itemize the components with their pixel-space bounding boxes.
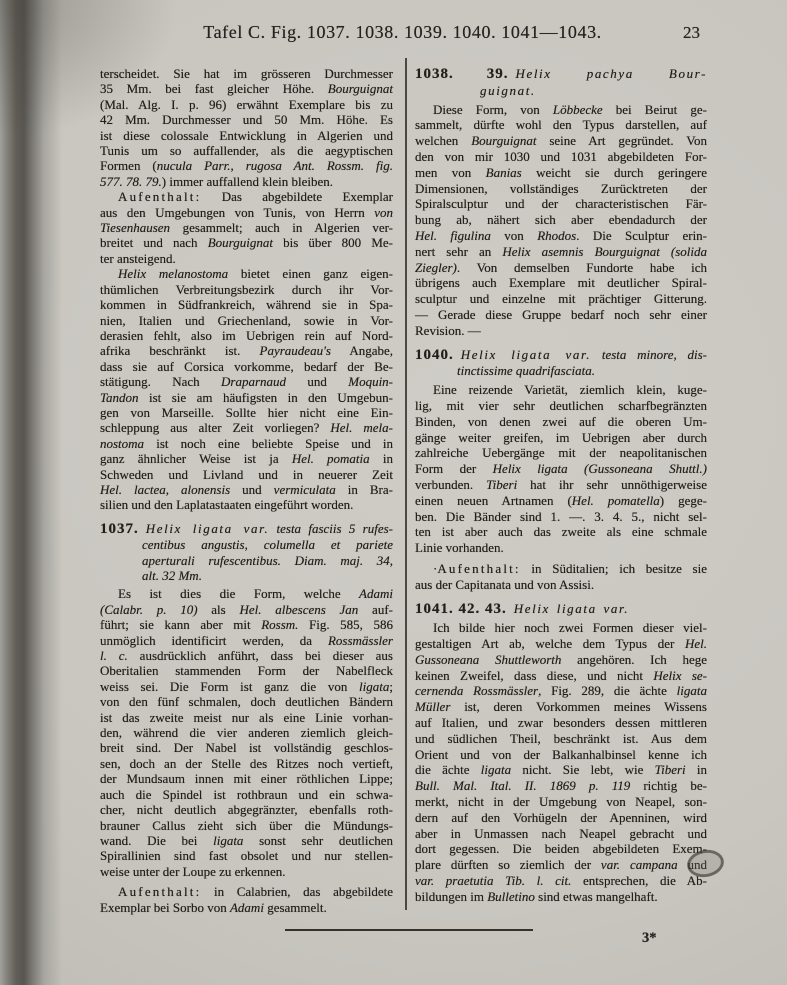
spaced-text: Aufenthalt:	[118, 884, 201, 899]
species-heading: 1040.Helix ligata var. testa minore, dis…	[415, 347, 707, 380]
text-line: Aufenthalt: in Calabrien, das abgebildet…	[100, 884, 393, 899]
column-left: terscheidet. Sie hat im grösseren Durchm…	[100, 66, 393, 915]
text-line: var. praetutia Tib. l. cit. entsprechen,…	[415, 873, 707, 889]
text-line: ist das zweite meist nur als eine Linie …	[100, 710, 393, 725]
italic-text: Helix asemnis Bourguignat (solida	[502, 244, 707, 259]
text-line: auch die Spindel ist rothbraun und ein s…	[100, 787, 393, 802]
text-line: Binden, von denen zwei auf die oberen Um…	[415, 414, 707, 430]
species-heading: 1037.Helix ligata var. testa fasciis 5 r…	[100, 521, 393, 584]
text-line: führt; sie kann aber mit Rossm. Fig. 585…	[100, 617, 393, 632]
text-line: Diese Form, von Löbbecke bei Beirut ge-	[415, 102, 707, 118]
text-line: 1040.Helix ligata var. testa minore, dis…	[415, 347, 707, 364]
italic-text: nostoma	[100, 436, 144, 451]
binding-shadow	[0, 0, 62, 985]
spaced-text: guignat.	[480, 83, 536, 98]
italic-text: Tiberi	[486, 477, 517, 492]
text-line: schleppung aus alter Zeit vorliegen? Hel…	[100, 420, 393, 435]
species-heading: 1041. 42. 43.Helix ligata var.	[415, 601, 707, 618]
italic-text: Bourguignat	[208, 235, 273, 250]
text-line: keinen Zweifel, dass diese, und nicht He…	[415, 668, 707, 684]
italic-text: von	[374, 205, 393, 220]
text-line: men von Banias weicht sie durch geringer…	[415, 165, 707, 181]
text-line: cernenda Rossmässler, Fig. 289, die ächt…	[415, 683, 707, 699]
text-line: Eine reizende Varietät, ziemlich klein, …	[415, 382, 707, 398]
text-line: (Mal. Alg. I. p. 96) erwähnt Exemplare b…	[100, 97, 393, 112]
italic-text: cernenda Rossmässler	[415, 683, 538, 698]
text-line: breitet und nach Bourguignat bis über 80…	[100, 235, 393, 250]
text-line: den, während die vier anderen ziemlich g…	[100, 725, 393, 740]
text-line: breit sind. Der Nabel ist vollständig ge…	[100, 740, 393, 755]
text-line: weise unter der Loupe zu erkennen.	[100, 864, 393, 879]
spaced-text: Helix ligata var.	[146, 521, 269, 536]
text-line: 1041. 42. 43.Helix ligata var.	[415, 601, 707, 618]
italic-text: nucula Parr., rugosa Ant. Rossm. fig.	[157, 158, 393, 173]
text-line: tinctissime quadrifasciata.	[415, 363, 707, 379]
spaced-text: Helix ligata var.	[461, 347, 591, 362]
italic-text: Tiberi	[655, 762, 686, 777]
text-line: Es ist dies die Form, welche Adami	[100, 586, 393, 601]
text-line: (Calabr. p. 10) als Hel. albescens Jan a…	[100, 602, 393, 617]
figure-number: 1041. 42. 43.	[415, 601, 514, 617]
text-line: brauner Callus zieht sich über die Mündu…	[100, 818, 393, 833]
text-line: cher, nicht deutlich abgegränzter, ebenf…	[100, 802, 393, 817]
italic-text: centibus angustis, columella et pariete	[142, 537, 393, 552]
italic-text: Banias	[486, 165, 522, 180]
italic-text: aperturali rufescentibus. Diam. maj. 34,	[142, 553, 393, 568]
text-line: aus der Capitanata und von Assisi.	[415, 577, 707, 593]
italic-text: ligata	[481, 762, 511, 777]
text-line: 35 Mm. bei fast gleicher Höhe. Bourguign…	[100, 81, 393, 96]
italic-text: Ziegler)	[415, 260, 457, 275]
scanned-book-page: Tafel C. Fig. 1037. 1038. 1039. 1040. 10…	[0, 0, 787, 985]
italic-text: Rossm.	[261, 617, 298, 632]
text-line: übrigens auch Exemplare mit deutlicher S…	[415, 275, 707, 291]
paragraph: Es ist dies die Form, welche Adami(Calab…	[100, 586, 393, 879]
text-line: 1038. 39.Helix pachya Bour-	[415, 66, 707, 83]
text-line: aus den Umgebungen von Tunis, von Herrn …	[100, 205, 393, 220]
text-line: einen neuen Artnamen (Hel. pomatella) ge…	[415, 493, 707, 509]
text-line: Revision. —	[415, 323, 707, 339]
italic-text: Rhodos	[537, 228, 576, 243]
spaced-text: Helix ligata var.	[514, 601, 629, 616]
paragraph: ·Aufenthalt: in Süditalien; ich besitze …	[415, 561, 707, 593]
text-line: silien und den Laplatastaaten eingeführt…	[100, 497, 393, 512]
footer-rule	[285, 929, 533, 931]
signature-mark: 3*	[642, 930, 657, 947]
text-line: derasien fehlt, also im Uebrigen rein au…	[100, 328, 393, 343]
text-line: kommen in Südfrankreich, während sie in …	[100, 297, 393, 312]
text-line: Exemplar bei Sorbo von Adami gesammelt.	[100, 900, 393, 915]
text-line: l. c. ausdrücklich anführt, dass bei die…	[100, 648, 393, 663]
italic-text: Gussoneana Shuttleworth	[415, 652, 561, 667]
text-line: ten ist aber auch das zweite als eine sc…	[415, 524, 707, 540]
text-line: centibus angustis, columella et pariete	[100, 537, 393, 552]
text-line: bildungen im Bulletino sind etwas mangel…	[415, 889, 707, 905]
italic-text: Helix ligata (Gussoneana Shuttl.)	[493, 461, 707, 476]
paragraph: Eine reizende Varietät, ziemlich klein, …	[415, 382, 707, 556]
paragraph: Aufenthalt: Das abgebildete Exemplaraus …	[100, 189, 393, 266]
text-line: Orient und von der Balkanhalbinsel kenne…	[415, 747, 707, 763]
text-line: gänge weiter greifen, im Uebrigen aber d…	[415, 430, 707, 446]
text-line: nert sehr an Helix asemnis Bourguignat (…	[415, 244, 707, 260]
text-line: Schweden und Livland und in neuerer Zeit	[100, 467, 393, 482]
text-line: 577. 78. 79.) immer auffallend klein ble…	[100, 174, 393, 189]
italic-text: Bull. Mal. Ital. II. 1869 p. 119	[415, 778, 630, 793]
column-divider	[405, 58, 407, 910]
text-line: ben. Die Bänder sind 1. —. 3. 4. 5., nic…	[415, 509, 707, 525]
text-line: Spiralsculptur und der characteristische…	[415, 196, 707, 212]
text-line: Formen (nucula Parr., rugosa Ant. Rossm.…	[100, 158, 393, 173]
paragraph: Helix melanostoma bietet einen ganz eige…	[100, 266, 393, 513]
text-line: aber in Unmassen nach Neapel gebracht un…	[415, 826, 707, 842]
figure-number: 1038. 39.	[415, 66, 515, 82]
italic-text: (Calabr. p. 10)	[100, 602, 198, 617]
text-line: stätigung. Nach Draparnaud und Moquin-	[100, 374, 393, 389]
text-line: von den fünf schmalen, doch deutlichen B…	[100, 694, 393, 709]
paragraph: Aufenthalt: in Calabrien, das abgebildet…	[100, 884, 393, 915]
text-line: Hel. figulina von Rhodos. Die Sculptur e…	[415, 228, 707, 244]
italic-text: Hel. pomatia	[292, 451, 370, 466]
text-line: verbunden. Tiberi hat ihr sehr unnöthige…	[415, 477, 707, 493]
text-line: ter ansteigend.	[100, 251, 393, 266]
text-line: der Mundsaum innen mit einer röthlichen …	[100, 771, 393, 786]
text-line: Form der Helix ligata (Gussoneana Shuttl…	[415, 461, 707, 477]
text-line: wand. Die bei ligata sonst sehr deutlich…	[100, 833, 393, 848]
italic-text: Hel. lactea, alonensis	[100, 482, 230, 497]
text-line: sammelt, dürfte wohl den Typus darstelle…	[415, 117, 707, 133]
text-line: gestaltigen Art ab, welche dem Typus der…	[415, 636, 707, 652]
text-line: Tunis um so auffallender, als die aegypt…	[100, 143, 393, 158]
text-line: Tiesenhausen gesammelt; auch in Algerien…	[100, 220, 393, 235]
text-line: Dimensionen, vollständiges Zurücktreten …	[415, 181, 707, 197]
text-line: — Gerade diese Gruppe bedarf noch sehr e…	[415, 307, 707, 323]
text-line: bung ab, nähert sich aber ebendadurch de…	[415, 212, 707, 228]
text-line: dass sie auf Corsica vorkomme, bedarf de…	[100, 359, 393, 374]
spaced-text: Aufenthalt:	[118, 189, 201, 204]
italic-text: Tandon	[100, 390, 139, 405]
figure-number: 1037.	[100, 521, 146, 537]
spaced-text: Aufenthalt:	[437, 561, 520, 576]
italic-text: Helix melanostoma	[118, 266, 228, 281]
italic-text: Tiesenhausen	[100, 220, 170, 235]
italic-text: Müller	[415, 699, 450, 714]
text-line: Ich bilde hier noch zwei Formen dieser v…	[415, 620, 707, 636]
italic-text: Hel. pomatella	[572, 493, 660, 508]
text-line: ganz ähnlicher Weise ist ja Hel. pomatia…	[100, 451, 393, 466]
italic-text: Bulletino	[487, 889, 535, 904]
text-line: Oberitalien stammenden Form der Nabelfle…	[100, 663, 393, 678]
text-line: zahlreiche Uebergänge mit der neapolitan…	[415, 445, 707, 461]
text-line: Bull. Mal. Ital. II. 1869 p. 119 richtig…	[415, 778, 707, 794]
italic-text: testa minore, dis-	[602, 347, 707, 362]
paragraph: terscheidet. Sie hat im grösseren Durchm…	[100, 66, 393, 189]
text-line: lig, mit vier sehr deutlichen scharfbegr…	[415, 398, 707, 414]
text-line: ist diese colossale Entwicklung in Alger…	[100, 128, 393, 143]
text-line: thümlichen Verbreitungsbezirk durch ihr …	[100, 282, 393, 297]
text-line: Helix melanostoma bietet einen ganz eige…	[100, 266, 393, 281]
text-line: Linie vorhanden.	[415, 540, 707, 556]
page-header: Tafel C. Fig. 1037. 1038. 1039. 1040. 10…	[100, 22, 705, 43]
text-line: dern auf den Vorhügeln der Apenninen, wi…	[415, 810, 707, 826]
species-heading: 1038. 39.Helix pachya Bour-guignat.	[415, 66, 707, 99]
italic-text: Adami	[359, 586, 393, 601]
italic-text: Helix se-	[653, 668, 707, 683]
text-line: Tandon ist sie am häufigsten in den Umge…	[100, 390, 393, 405]
text-line: nostoma ist noch eine beliebte Speise un…	[100, 436, 393, 451]
column-right: 1038. 39.Helix pachya Bour-guignat.Diese…	[415, 66, 707, 905]
text-line: welchen Bourguignat seine Art gegründet.…	[415, 133, 707, 149]
text-line: terscheidet. Sie hat im grösseren Durchm…	[100, 66, 393, 81]
text-line: gen von Marseille. Sollte hier nicht ein…	[100, 405, 393, 420]
italic-text: Moquin-	[348, 374, 393, 389]
text-line: die ächte ligata nicht. Sie lebt, wie Ti…	[415, 762, 707, 778]
text-line: unmöglich identificirt werden, da Rossmä…	[100, 633, 393, 648]
italic-text: alt. 32 Mm.	[142, 568, 202, 583]
italic-text: Draparnaud	[221, 374, 286, 389]
italic-text: Adami	[230, 900, 264, 915]
spaced-text: Helix pachya Bour-	[515, 66, 707, 81]
text-line: sculptur und einzelne mit prächtiger Git…	[415, 291, 707, 307]
italic-text: ligata	[359, 679, 389, 694]
text-line: auf Italien, und zwar besonders dessen m…	[415, 715, 707, 731]
italic-text: l. c.	[100, 648, 128, 663]
header-title: Tafel C. Fig. 1037. 1038. 1039. 1040. 10…	[203, 22, 602, 42]
text-line: Gussoneana Shuttleworth angehören. Ich h…	[415, 652, 707, 668]
italic-text: Rossmässler	[328, 633, 393, 648]
text-line: Hel. lactea, alonensis und vermiculata i…	[100, 482, 393, 497]
text-line: Aufenthalt: Das abgebildete Exemplar	[100, 189, 393, 204]
text-line: 42 Mm. Durchmesser und 50 Mm. Höhe. Es	[100, 112, 393, 127]
text-line: den von mir 1030 und 1031 abgebildeten F…	[415, 149, 707, 165]
italic-text: testa fasciis 5 rufes-	[277, 521, 394, 536]
italic-text: Hel.	[685, 636, 707, 651]
text-line: und südlichen Theil, beschränkt ist. Aus…	[415, 731, 707, 747]
italic-text: Löbbecke	[553, 102, 603, 117]
italic-text: var. praetutia Tib. l. cit.	[415, 873, 571, 888]
italic-text: 577. 78. 79.	[100, 174, 162, 189]
italic-text: Hel. albescens Jan	[239, 602, 358, 617]
italic-text: ligata	[677, 683, 707, 698]
page-number: 23	[683, 23, 700, 43]
text-line: ·Aufenthalt: in Süditalien; ich besitze …	[415, 561, 707, 577]
italic-text: Bourguignat	[328, 81, 393, 96]
italic-text: ligata	[213, 833, 243, 848]
text-line: plare dürften so ziemlich der var. campa…	[415, 857, 707, 873]
italic-text: Hel. figulina	[415, 228, 491, 243]
text-line: Müller ist, deren Vorkommen meines Wisse…	[415, 699, 707, 715]
paragraph: Ich bilde hier noch zwei Formen dieser v…	[415, 620, 707, 904]
italic-text: Bourguignat	[471, 133, 536, 148]
text-line: 1037.Helix ligata var. testa fasciis 5 r…	[100, 521, 393, 537]
text-line: sen, doch an der Stelle des Ritzes noch …	[100, 756, 393, 771]
text-line: Ziegler). Von demselben Fundorte habe ic…	[415, 260, 707, 276]
italic-text: Payraudeau's	[260, 343, 331, 358]
italic-text: vermiculata	[274, 482, 336, 497]
text-line: weiss sei. Die Form ist ganz die von lig…	[100, 679, 393, 694]
text-line: Spirallinien sind fast obsolet und nur s…	[100, 848, 393, 863]
italic-text: Hel. mela-	[330, 420, 393, 435]
text-line: alt. 32 Mm.	[100, 568, 393, 583]
italic-text: var. campana	[601, 857, 678, 872]
text-line: aperturali rufescentibus. Diam. maj. 34,	[100, 553, 393, 568]
text-line: guignat.	[415, 83, 707, 99]
text-line: afrika beschränkt ist. Payraudeau's Anga…	[100, 343, 393, 358]
text-line: dort gegessen. Die beiden abgebildeten E…	[415, 841, 707, 857]
paragraph: Diese Form, von Löbbecke bei Beirut ge-s…	[415, 102, 707, 339]
text-line: nien, Italien und Griechenland, sowie in…	[100, 313, 393, 328]
figure-number: 1040.	[415, 347, 461, 363]
italic-text: tinctissime quadrifasciata.	[457, 363, 595, 378]
text-line: merkt, nicht in der Umgebung von Neapel,…	[415, 794, 707, 810]
